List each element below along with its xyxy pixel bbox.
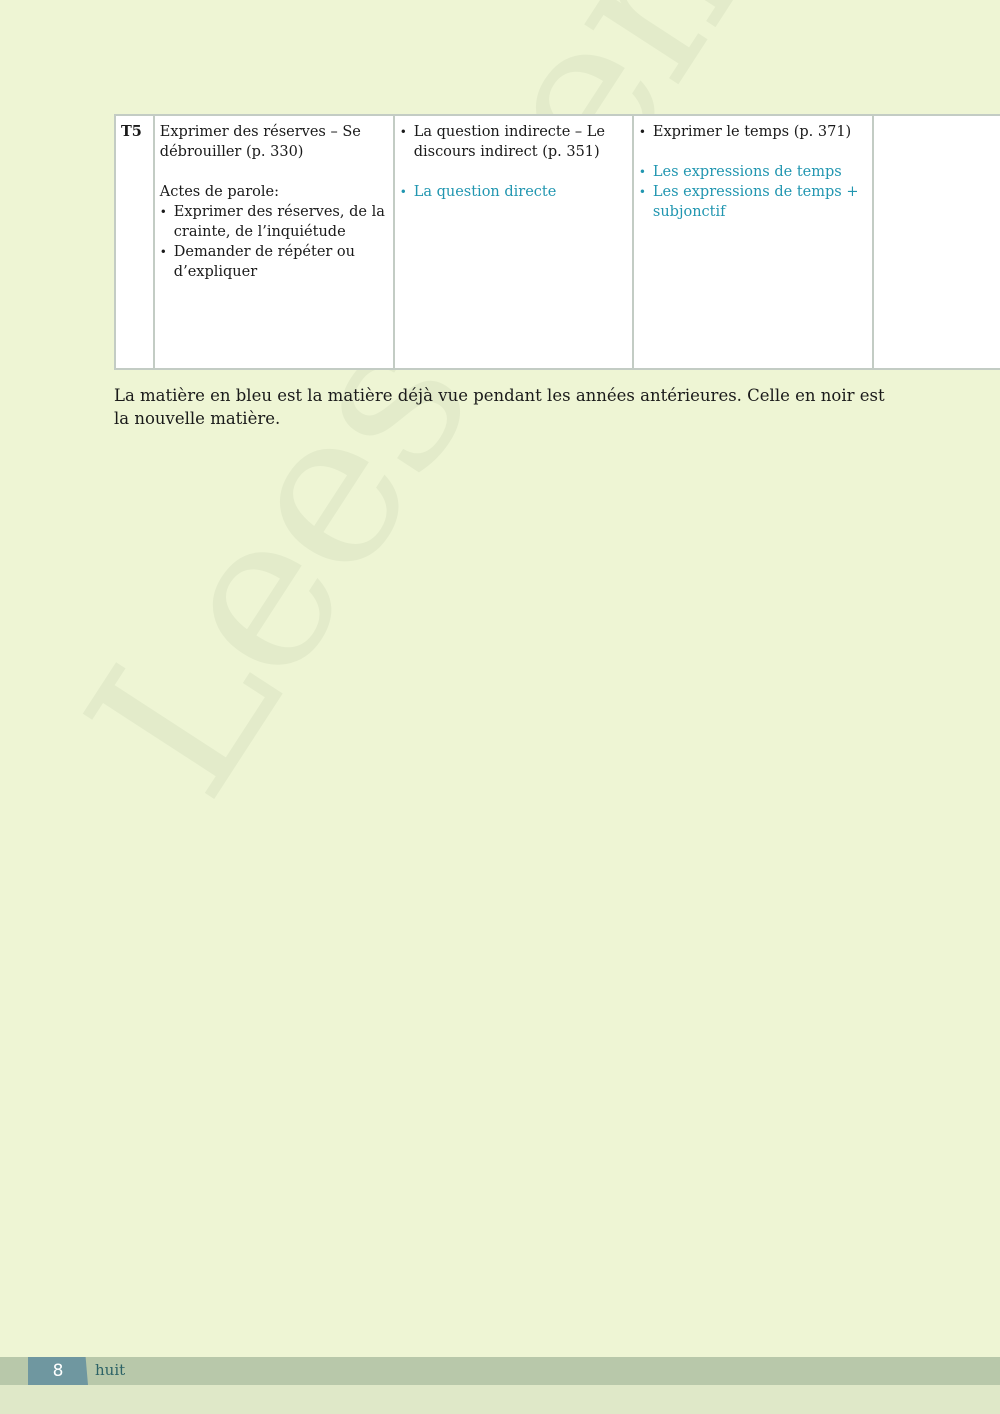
list-item: La question directe xyxy=(400,182,627,202)
footer-bottom-strip xyxy=(0,1385,1000,1414)
speech-acts-heading: Actes de parole: xyxy=(160,182,388,202)
footer-bar xyxy=(0,1357,1000,1385)
expression-cell: Exprimer le temps (p. 371) Les expressio… xyxy=(633,115,873,369)
chapter-title: Exprimer des réserves – Se débrouiller (… xyxy=(160,122,388,162)
list-item: Les expressions de temps xyxy=(639,162,867,182)
list-item: Exprimer le temps (p. 371) xyxy=(639,122,867,142)
communication-cell: Exprimer des réserves – Se débrouiller (… xyxy=(154,115,394,369)
empty-cell xyxy=(873,115,1000,369)
grammar-new-list: La question indirecte – Le discours indi… xyxy=(400,122,627,162)
speech-acts-list: Exprimer des réserves, de la crainte, de… xyxy=(160,202,388,282)
list-item: Demander de répéter ou d’expliquer xyxy=(160,242,388,282)
grammar-cell: La question indirecte – Le discours indi… xyxy=(394,115,633,369)
expression-new-list: Exprimer le temps (p. 371) xyxy=(639,122,867,142)
table-row: T5 Exprimer des réserves – Se débrouille… xyxy=(115,115,1000,369)
list-item: Les expressions de temps + subjonctif xyxy=(639,182,867,222)
expression-review-list: Les expressions de temps Les expressions… xyxy=(639,162,867,222)
grammar-review-list: La question directe xyxy=(400,182,627,202)
curriculum-table: T5 Exprimer des réserves – Se débrouille… xyxy=(114,114,1000,370)
list-item: Exprimer des réserves, de la crainte, de… xyxy=(160,202,388,242)
list-item: La question indirecte – Le discours indi… xyxy=(400,122,627,162)
page-number: 8 xyxy=(28,1357,88,1385)
legend-note: La matière en bleu est la matière déjà v… xyxy=(114,384,904,430)
page-number-word: huit xyxy=(95,1357,125,1385)
theme-code: T5 xyxy=(115,115,154,369)
